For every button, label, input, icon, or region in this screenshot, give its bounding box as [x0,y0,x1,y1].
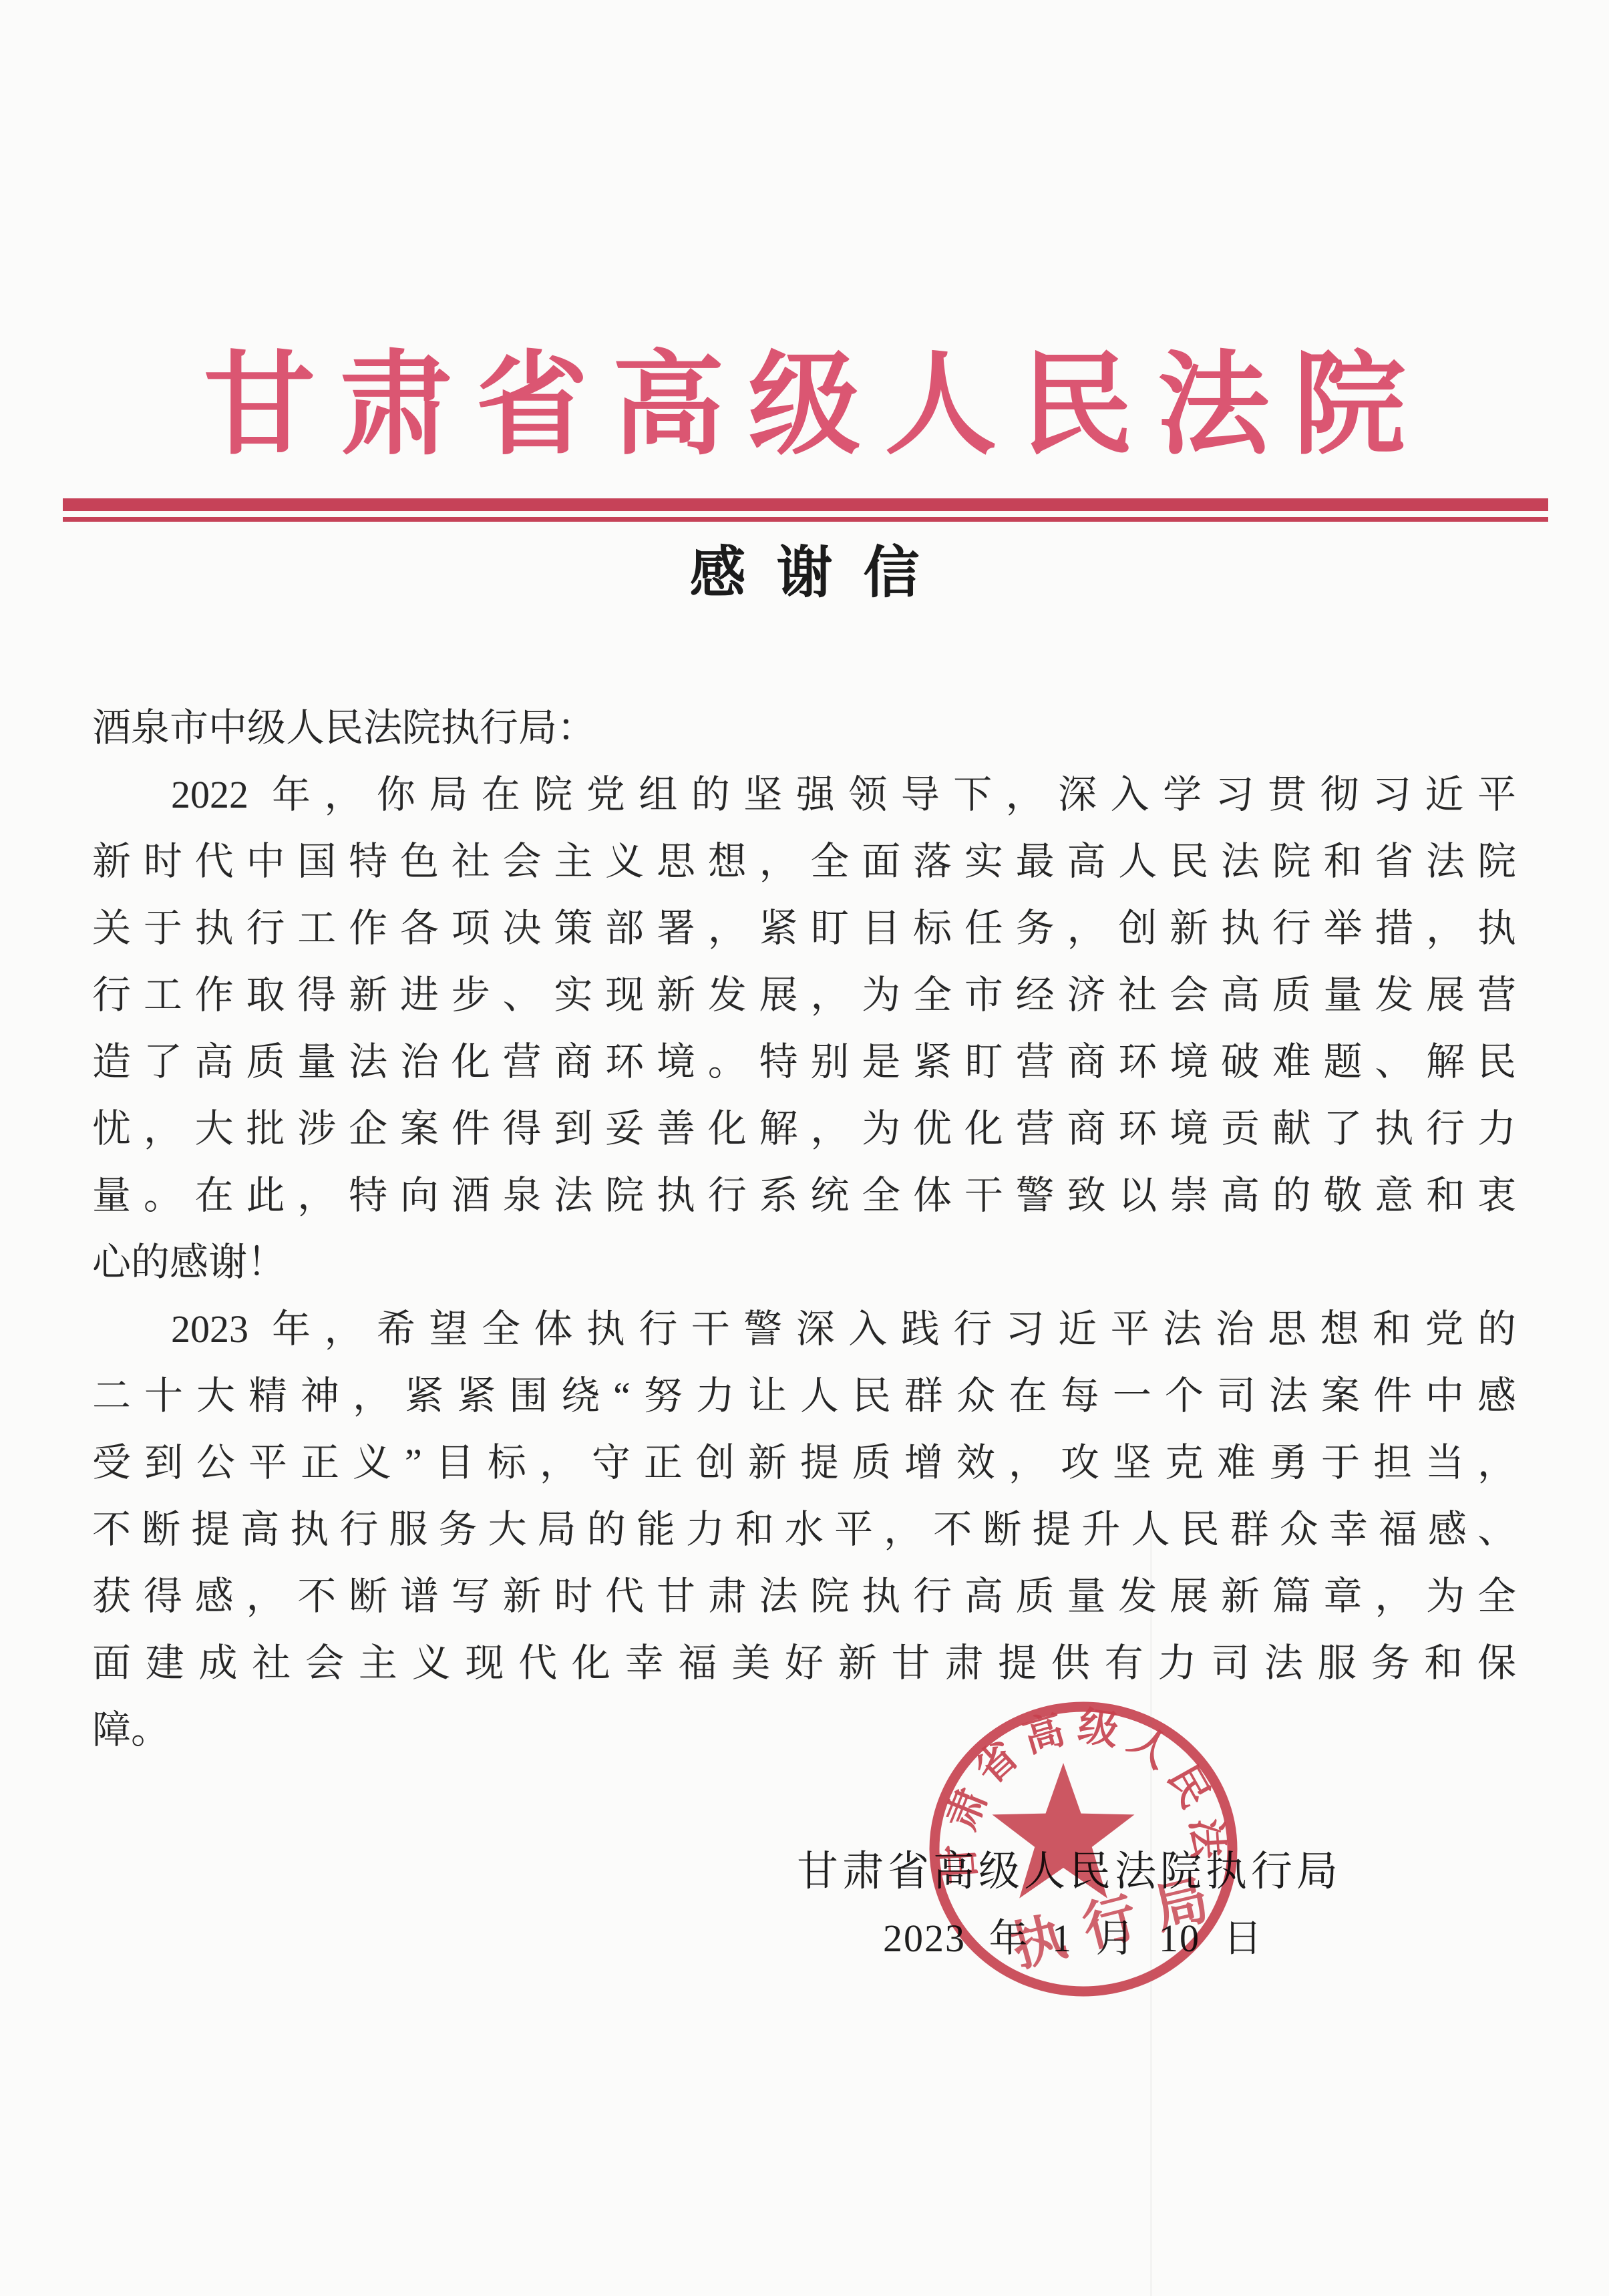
top-rule-thick [63,498,1548,511]
body-line: 障。 [92,1697,1516,1764]
body-line: 2023 年，希望全体执行干警深入践行习近平法治思想和党的 [92,1296,1516,1363]
body-line: 行工作取得新进步、实现新发展，为全市经济社会高质量发展营 [92,962,1516,1029]
letterhead-title: 甘肃省高级人民法院 [0,339,1609,474]
signature-date: 2023 年 1 月 10 日 [883,1905,1264,1972]
body-line: 忧，大批涉企案件得到妥善化解，为优化营商环境贡献了执行力 [92,1096,1516,1162]
body-line: 2022 年，你局在院党组的坚强领导下，深入学习贯彻习近平 [92,762,1516,828]
salutation: 酒泉市中级人民法院执行局： [92,695,1516,762]
body-line: 关于执行工作各项决策部署，紧盯目标任务，创新执行举措，执 [92,895,1516,962]
body-line: 获得感，不断谱写新时代甘肃法院执行高质量发展新篇章，为全 [92,1563,1516,1630]
signature-unit: 甘肃省高级人民法院执行局 [797,1838,1342,1905]
letter-body: 酒泉市中级人民法院执行局： 2022 年，你局在院党组的坚强领导下，深入学习贯彻… [92,695,1516,1764]
body-line: 量。在此，特向酒泉法院执行系统全体干警致以崇高的敬意和衷 [92,1162,1516,1229]
body-line: 二十大精神，紧紧围绕“努力让人民群众在每一个司法案件中感 [92,1363,1516,1430]
body-line: 新时代中国特色社会主义思想，全面落实最高人民法院和省法院 [92,828,1516,895]
body-line: 心的感谢！ [92,1229,1516,1296]
body-line: 面建成社会主义现代化幸福美好新甘肃提供有力司法服务和保 [92,1630,1516,1697]
body-line: 不断提高执行服务大局的能力和水平，不断提升人民群众幸福感、 [92,1496,1516,1563]
letter-page: 甘肃省高级人民法院 感谢信 酒泉市中级人民法院执行局： 2022 年，你局在院党… [0,0,1609,2296]
scan-artifact-streak [1150,1523,1152,2296]
body-line: 造了高质量法治化营商环境。特别是紧盯营商环境破难题、解民 [92,1029,1516,1096]
body-line: 受到公平正义”目标，守正创新提质增效，攻坚克难勇于担当， [92,1430,1516,1496]
document-title: 感谢信 [0,528,1609,609]
top-rule-thin [63,517,1548,522]
